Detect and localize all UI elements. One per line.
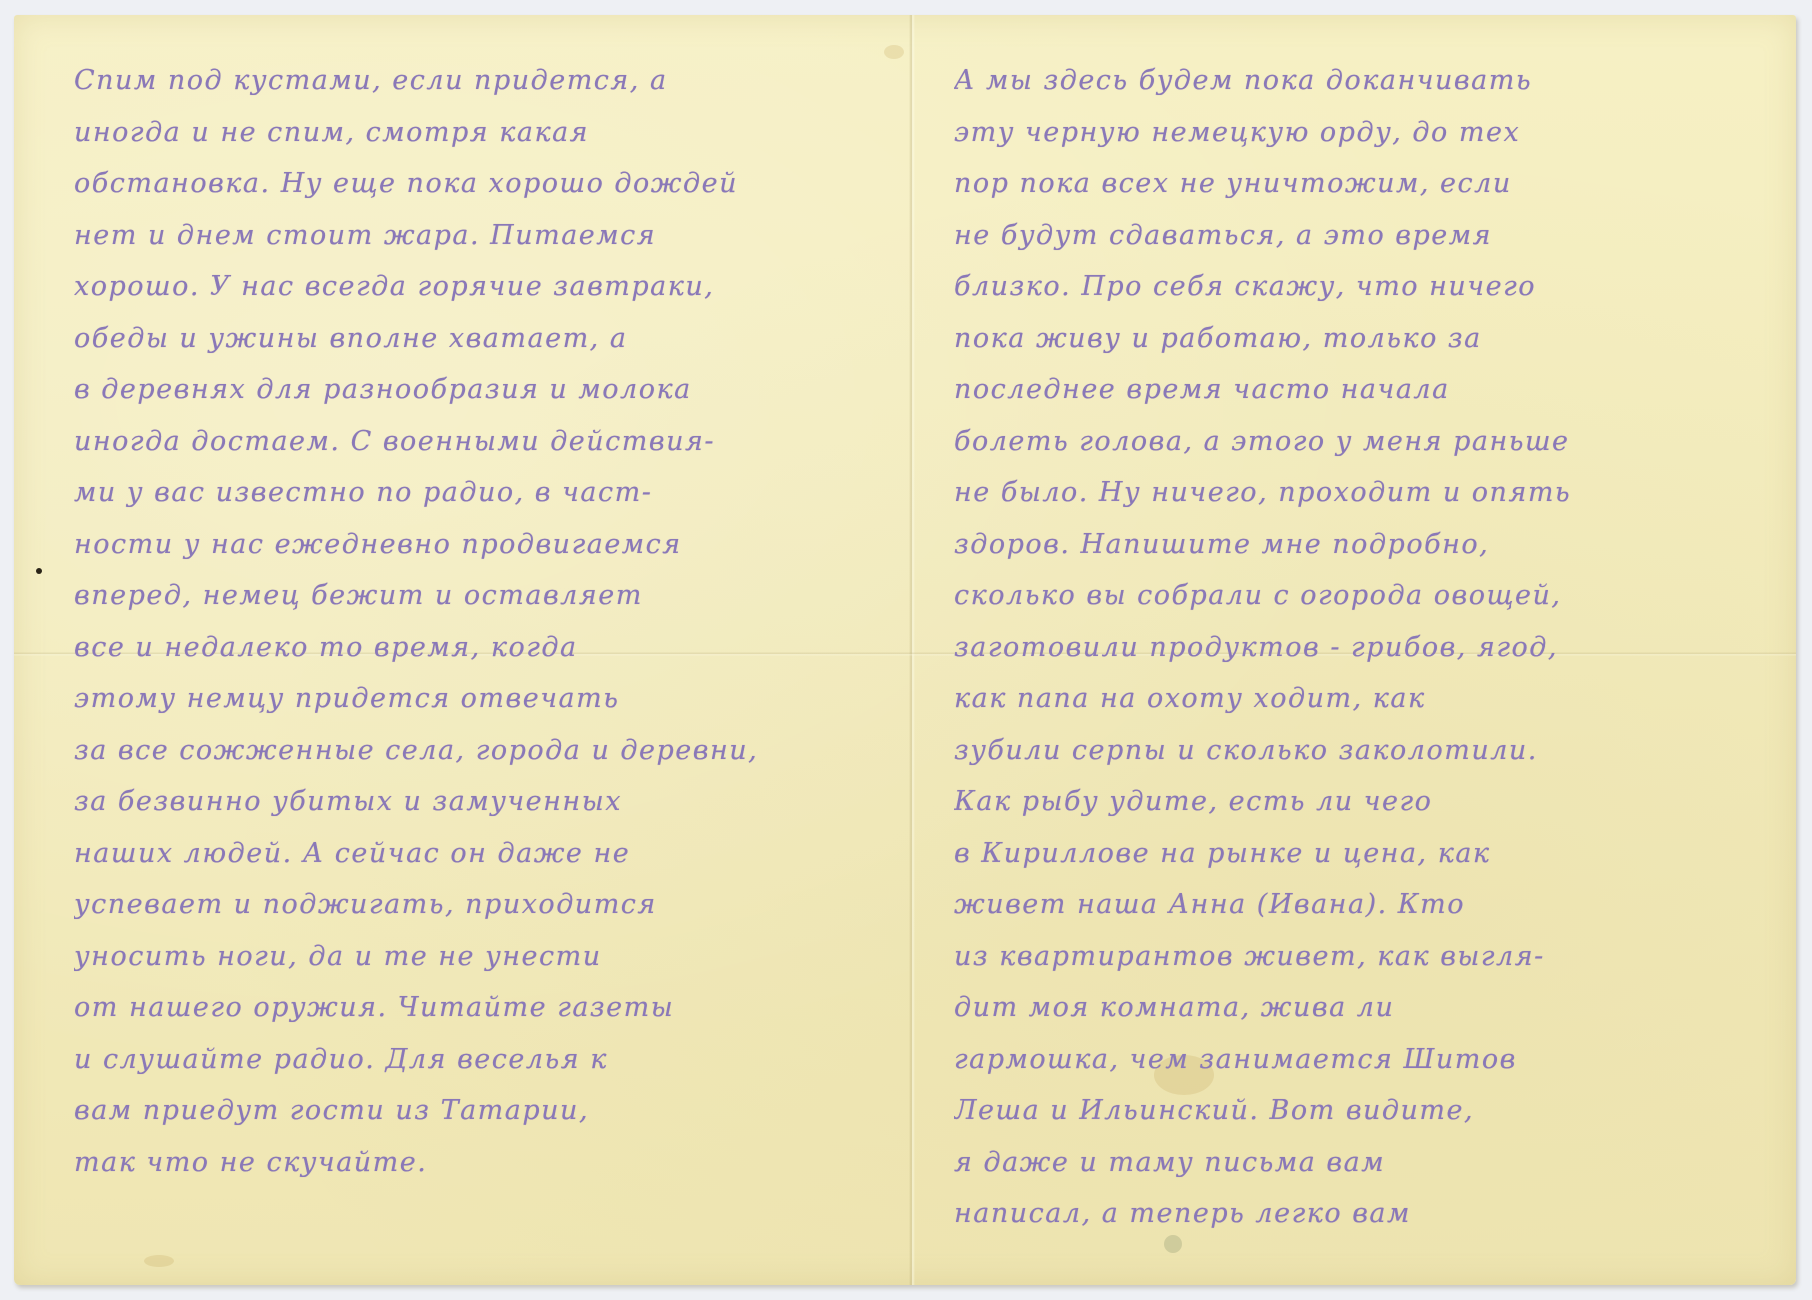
text-line: сколько вы собрали с огорода овощей, [954, 570, 1784, 622]
center-fold [909, 15, 915, 1285]
text-line: здоров. Напишите мне подробно, [954, 519, 1784, 571]
text-line: пор пока всех не уничтожим, если [954, 158, 1784, 210]
text-line: не было. Ну ничего, проходит и опять [954, 467, 1784, 519]
text-line: этому немцу придется отвечать [74, 673, 904, 725]
text-line: все и недалеко то время, когда [74, 622, 904, 674]
right-page: А мы здесь будем пока доканчивать эту че… [954, 55, 1784, 1240]
text-line: Леша и Ильинский. Вот видите, [954, 1085, 1784, 1137]
text-line: заготовили продуктов - грибов, ягод, [954, 622, 1784, 674]
left-page: Спим под кустами, если придется, а иногд… [74, 55, 904, 1188]
text-line: как папа на охоту ходит, как [954, 673, 1784, 725]
text-line: хорошо. У нас всегда горячие завтраки, [74, 261, 904, 313]
text-line: обеды и ужины вполне хватает, а [74, 313, 904, 365]
text-line: А мы здесь будем пока доканчивать [954, 55, 1784, 107]
text-line: Спим под кустами, если придется, а [74, 55, 904, 107]
text-line: в Кириллове на рынке и цена, как [954, 828, 1784, 880]
text-line: я даже и таму письма вам [954, 1137, 1784, 1189]
text-line: за безвинно убитых и замученных [74, 776, 904, 828]
text-line: близко. Про себя скажу, что ничего [954, 261, 1784, 313]
text-line: написал, а теперь легко вам [954, 1188, 1784, 1240]
text-line: так что не скучайте. [74, 1137, 904, 1189]
text-line: за все сожженные села, города и деревни, [74, 725, 904, 777]
text-line: последнее время часто начала [954, 364, 1784, 416]
text-line: живет наша Анна (Ивана). Кто [954, 879, 1784, 931]
text-line: болеть голова, а этого у меня раньше [954, 416, 1784, 468]
text-line: ми у вас известно по радио, в част- [74, 467, 904, 519]
text-line: гармошка, чем занимается Шитов [954, 1034, 1784, 1086]
paper-stain [144, 1255, 174, 1267]
text-line: из квартирантов живет, как выгля- [954, 931, 1784, 983]
text-line: эту черную немецкую орду, до тех [954, 107, 1784, 159]
text-line: нет и днем стоит жара. Питаемся [74, 210, 904, 262]
text-line: успевает и поджигать, приходится [74, 879, 904, 931]
text-line: в деревнях для разнообразия и молока [74, 364, 904, 416]
text-line: и слушайте радио. Для веселья к [74, 1034, 904, 1086]
text-line: вам приедут гости из Татарии, [74, 1085, 904, 1137]
text-line: пока живу и работаю, только за [954, 313, 1784, 365]
text-line: не будут сдаваться, а это время [954, 210, 1784, 262]
text-line: иногда достаем. С военными действия- [74, 416, 904, 468]
letter-sheet: Спим под кустами, если придется, а иногд… [14, 15, 1796, 1285]
text-line: уносить ноги, да и те не унести [74, 931, 904, 983]
text-line: дит моя комната, жива ли [954, 982, 1784, 1034]
text-line: от нашего оружия. Читайте газеты [74, 982, 904, 1034]
text-line: обстановка. Ну еще пока хорошо дождей [74, 158, 904, 210]
text-line: ности у нас ежедневно продвигаемся [74, 519, 904, 571]
text-line: наших людей. А сейчас он даже не [74, 828, 904, 880]
text-line: вперед, немец бежит и оставляет [74, 570, 904, 622]
text-line: зубили серпы и сколько заколотили. [954, 725, 1784, 777]
text-line: Как рыбу удите, есть ли чего [954, 776, 1784, 828]
text-line: иногда и не спим, смотря какая [74, 107, 904, 159]
paper-hole [36, 568, 42, 574]
